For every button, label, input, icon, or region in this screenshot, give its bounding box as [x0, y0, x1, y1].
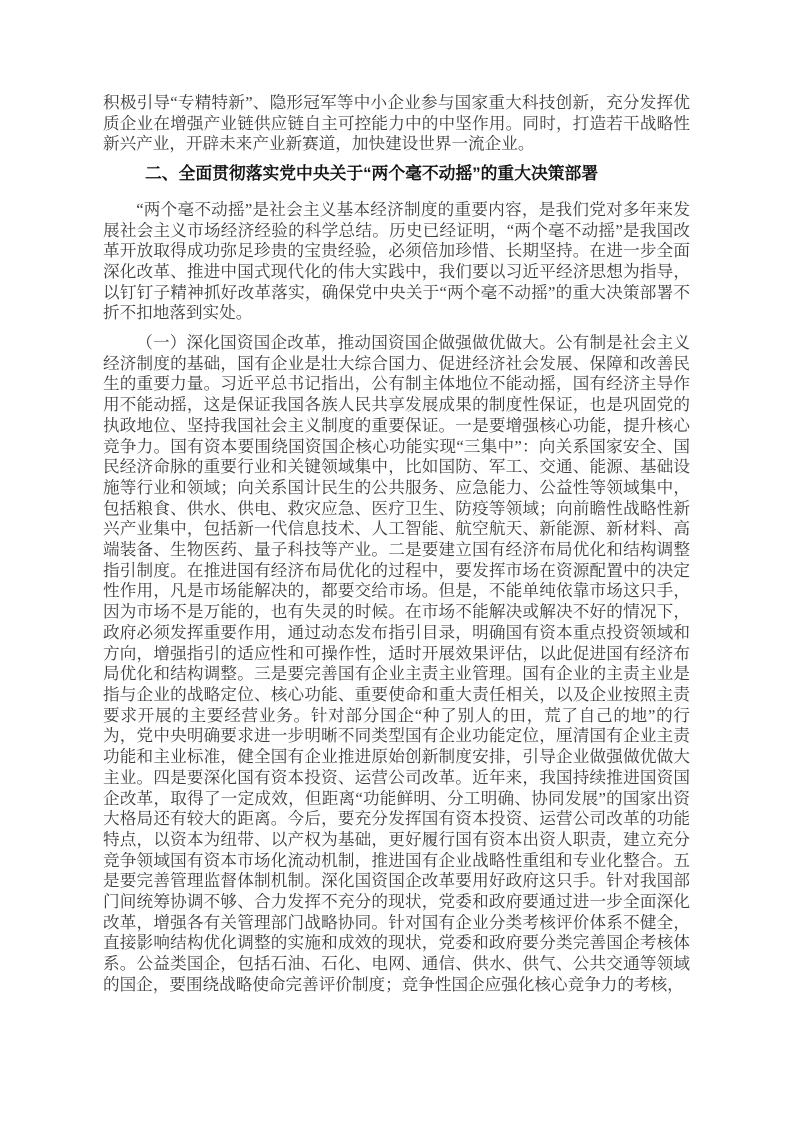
paragraph-continuation: 积极引导“专精特新”、隐形冠军等中小企业参与国家重大科技创新，充分发挥优质企业在… [103, 93, 690, 155]
paragraph-soe-reform: （一）深化国资国企改革，推动国资国企做强做优做大。公有制是社会主义经济制度的基础… [103, 333, 690, 996]
section-heading: 二、全面贯彻落实党中央关于“两个毫不动摇”的重大决策部署 [103, 164, 690, 185]
paragraph-two-unwaverings-intro: “两个毫不动摇”是社会主义基本经济制度的重要内容，是我们党对多年来发展社会主义市… [103, 200, 690, 324]
document-page: 积极引导“专精特新”、隐形冠军等中小企业参与国家重大科技创新，充分发挥优质企业在… [0, 0, 793, 1122]
